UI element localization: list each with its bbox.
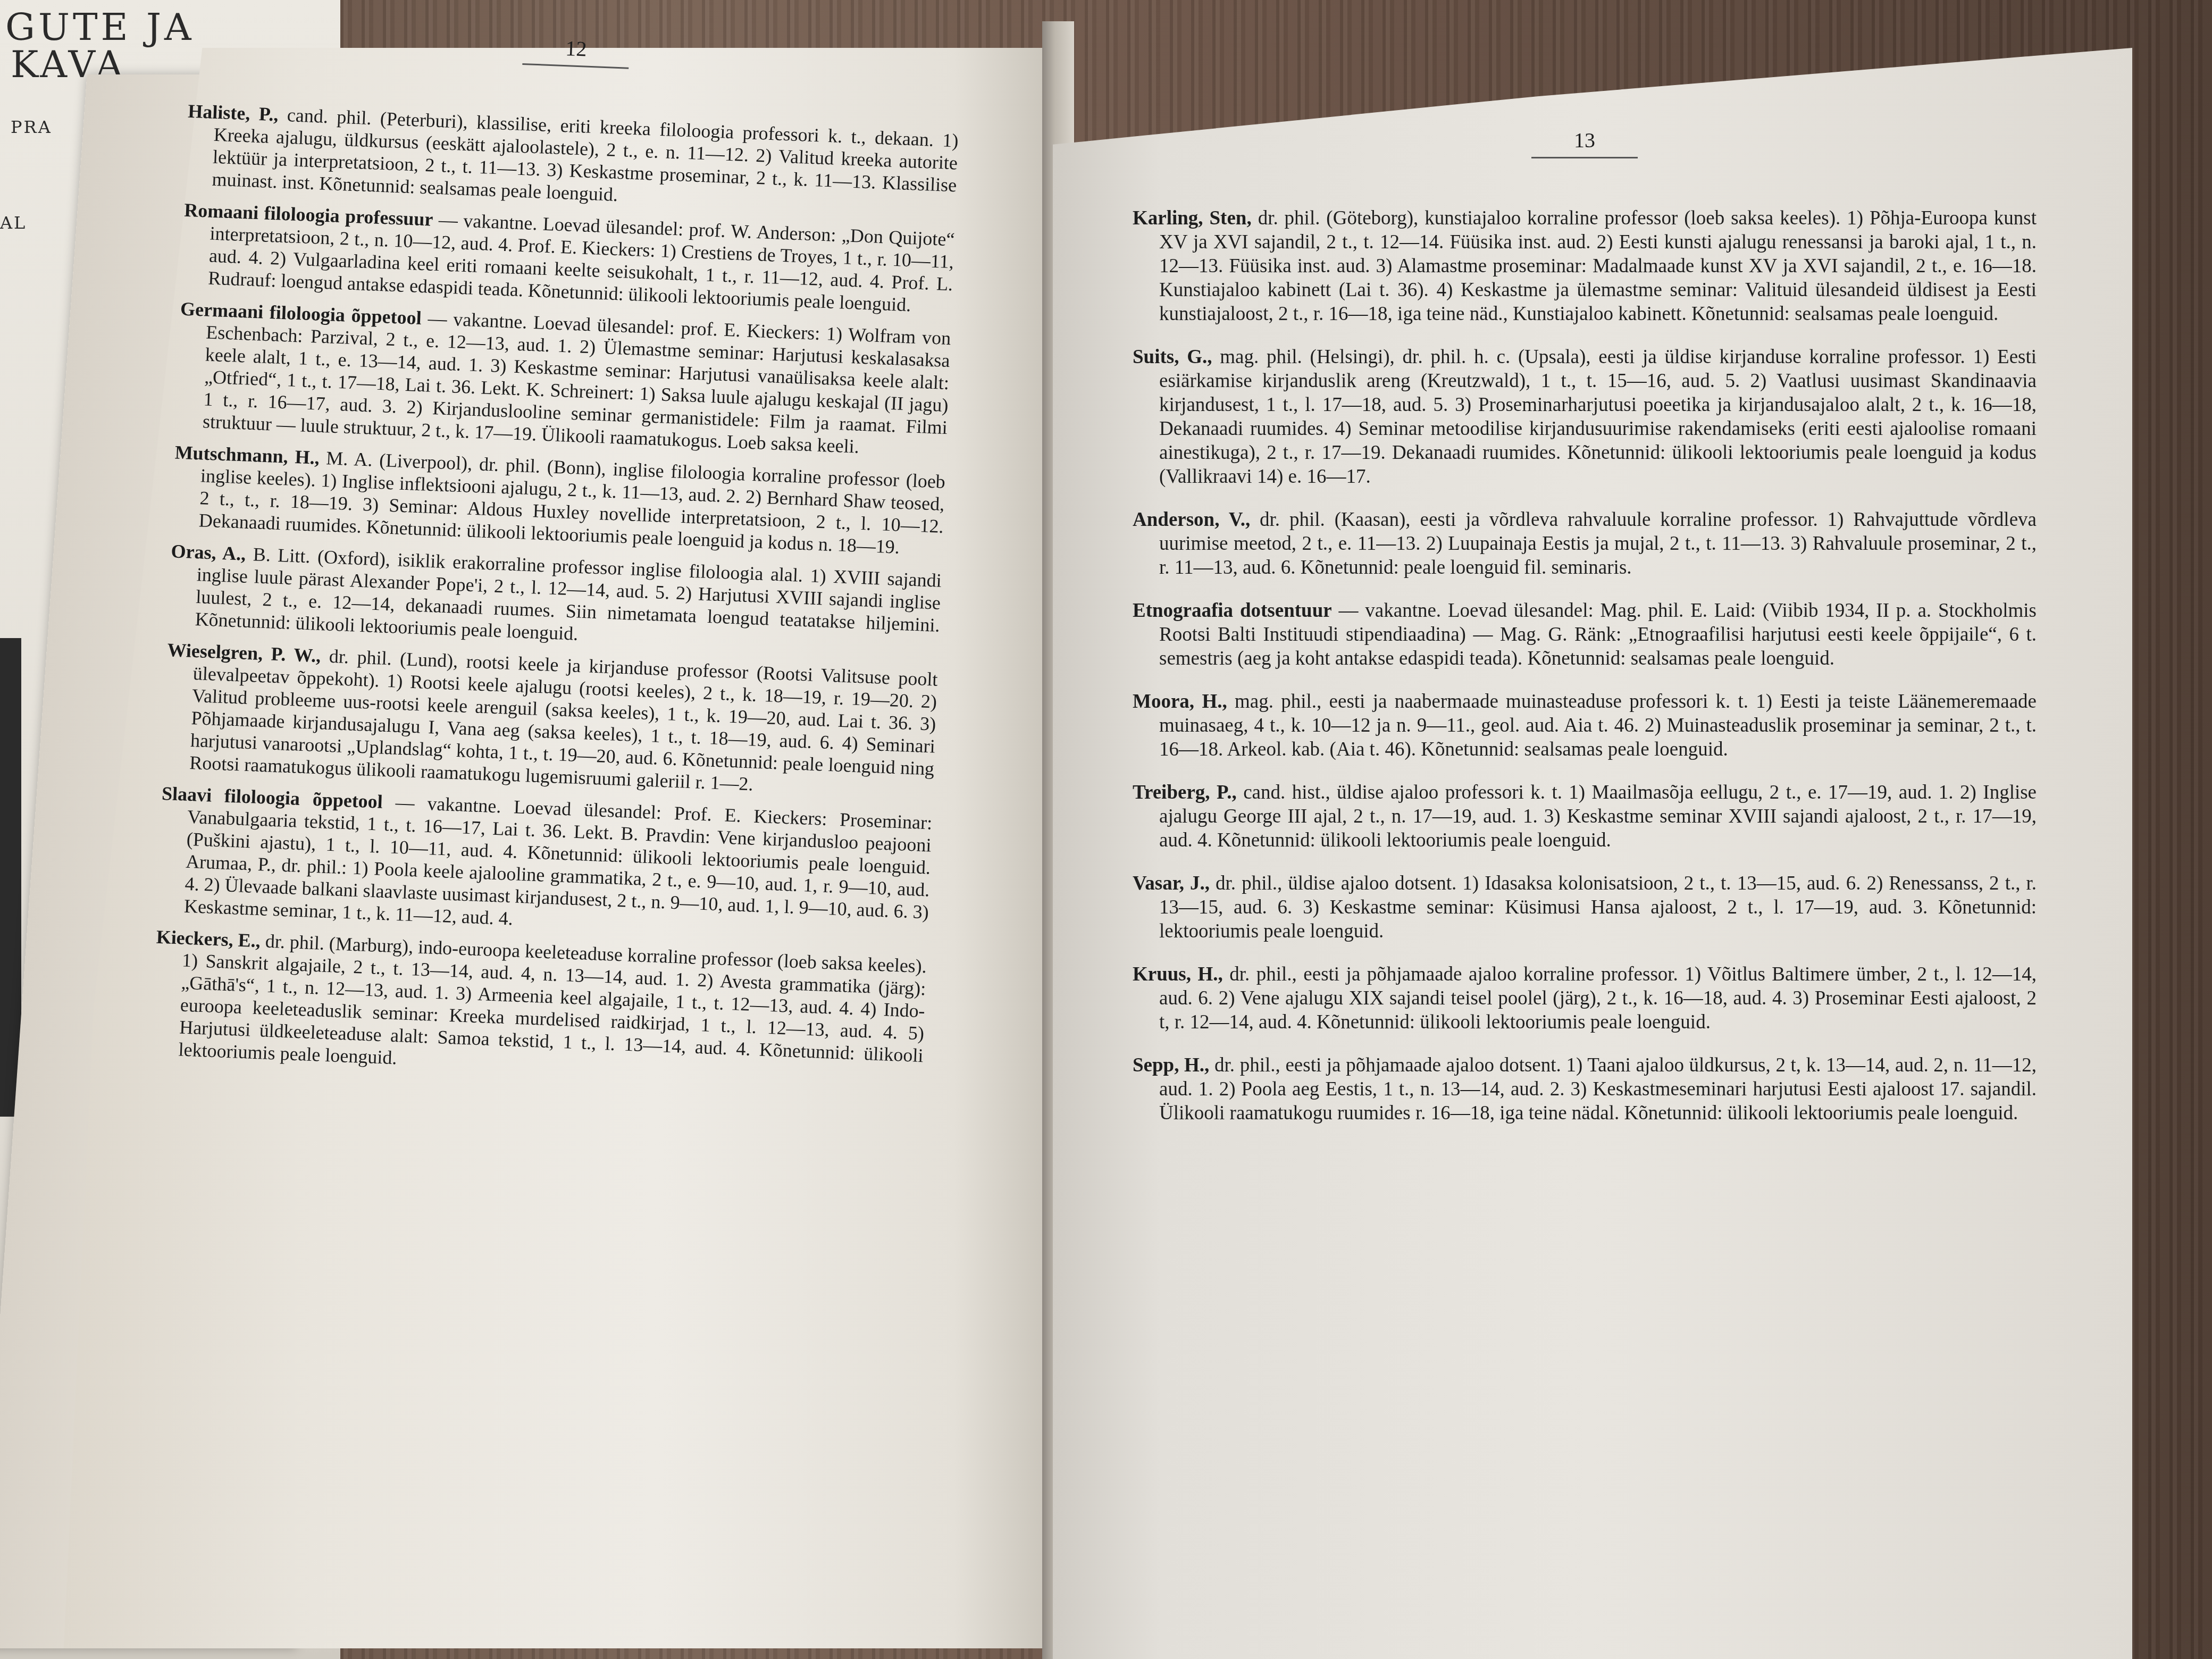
entry: Romaani filoloogia professuur — vakantne… [181, 199, 955, 318]
entry-name: Anderson, V., [1133, 509, 1250, 531]
entry-text: cand. hist., üldise ajaloo professori k.… [1159, 782, 2037, 851]
entry-name: Sepp, H., [1133, 1054, 1209, 1076]
left-page-content: 12 Haliste, P., cand. phil. (Peterburi),… [151, 21, 962, 1099]
entry-name: Treiberg, P., [1133, 782, 1237, 803]
entry-name: Moora, H., [1133, 691, 1227, 713]
entry-name: Kieckers, E., [156, 926, 261, 951]
background-fragment-4: AL [0, 213, 27, 233]
entry-name: Wieselgren, P. W., [167, 639, 321, 666]
entry-text: B. Litt. (Oxford), isiklik erakorraline … [195, 543, 942, 644]
entry: Treiberg, P., cand. hist., üldise ajaloo… [1133, 781, 2037, 852]
entry-name: Vasar, J., [1133, 873, 1210, 894]
entry: Anderson, V., dr. phil. (Kaasan), eesti … [1133, 508, 2037, 580]
entry: Suits, G., mag. phil. (Helsingi), dr. ph… [1133, 345, 2037, 489]
background-dark-strip [0, 638, 21, 1117]
entry-text: dr. phil. (Göteborg), kunstiajaloo korra… [1159, 207, 2037, 325]
right-page-content: 13 Karling, Sten, dr. phil. (Göteborg), … [1133, 128, 2037, 1144]
entry: Wieselgren, P. W., dr. phil. (Lund), roo… [163, 639, 939, 802]
entry: Vasar, J., dr. phil., üldise ajaloo dots… [1133, 872, 2037, 943]
entry: Karling, Sten, dr. phil. (Göteborg), kun… [1133, 206, 2037, 326]
entry-name: Karling, Sten, [1133, 207, 1252, 229]
entry: Oras, A., B. Litt. (Oxford), isiklik era… [168, 540, 942, 659]
entry-name: Etnograafia dotsentuur [1133, 600, 1332, 622]
entry-text: — vakantne. Loevad ülesandel: Prof. E. K… [183, 792, 933, 929]
page-number: 12 [190, 21, 962, 76]
entry: Etnograafia dotsentuur — vakantne. Loeva… [1133, 599, 2037, 671]
entry-text: dr. phil. (Lund), rootsi keele ja kirjan… [189, 646, 939, 795]
entry-text: dr. phil. (Kaasan), eesti ja võrdleva ra… [1159, 509, 2037, 579]
entry-text: mag. phil. (Helsingi), dr. phil. h. c. (… [1159, 346, 2037, 488]
entry-name: Kruus, H., [1133, 963, 1223, 985]
entry: Kruus, H., dr. phil., eesti ja põhjamaad… [1133, 962, 2037, 1034]
entry-text: dr. phil., eesti ja põhjamaade ajaloo do… [1159, 1054, 2037, 1124]
background-fragment-3: PRA [11, 117, 52, 137]
entry: Germaani filoloogia õppetool — vakantne.… [175, 298, 951, 461]
entry-text: mag. phil., eesti ja naabermaade muinast… [1159, 691, 2037, 760]
entry: Moora, H., mag. phil., eesti ja naaberma… [1133, 690, 2037, 761]
entry: Kieckers, E., dr. phil. (Marburg), indo-… [152, 926, 927, 1089]
entry-name: Suits, G., [1133, 346, 1212, 368]
page-number: 13 [1133, 128, 2037, 153]
entry-text: — vakantne. Loevad ülesandel: prof. E. K… [202, 307, 951, 457]
entry-name: Oras, A., [171, 540, 246, 564]
entry-text: dr. phil., eesti ja põhjamaade ajaloo ko… [1159, 963, 2037, 1033]
page-number-rule [1531, 157, 1638, 158]
entry: Sepp, H., dr. phil., eesti ja põhjamaade… [1133, 1053, 2037, 1125]
entry: Mutschmann, H., M. A. (Liverpool), dr. p… [172, 441, 945, 560]
entry-name: Mutschmann, H., [174, 441, 320, 468]
page-number-rule [522, 63, 629, 69]
entry-text: dr. phil., üldise ajaloo dotsent. 1) Ida… [1159, 873, 2037, 942]
entry-text: dr. phil. (Marburg), indo-euroopa keelet… [178, 931, 927, 1069]
entry-name: Haliste, P., [188, 100, 279, 125]
entry: Haliste, P., cand. phil. (Peterburi), kl… [185, 100, 959, 219]
entry: Slaavi filoloogia õppetool — vakantne. L… [157, 782, 933, 945]
entry-text: cand. phil. (Peterburi), klassilise, eri… [212, 104, 959, 205]
